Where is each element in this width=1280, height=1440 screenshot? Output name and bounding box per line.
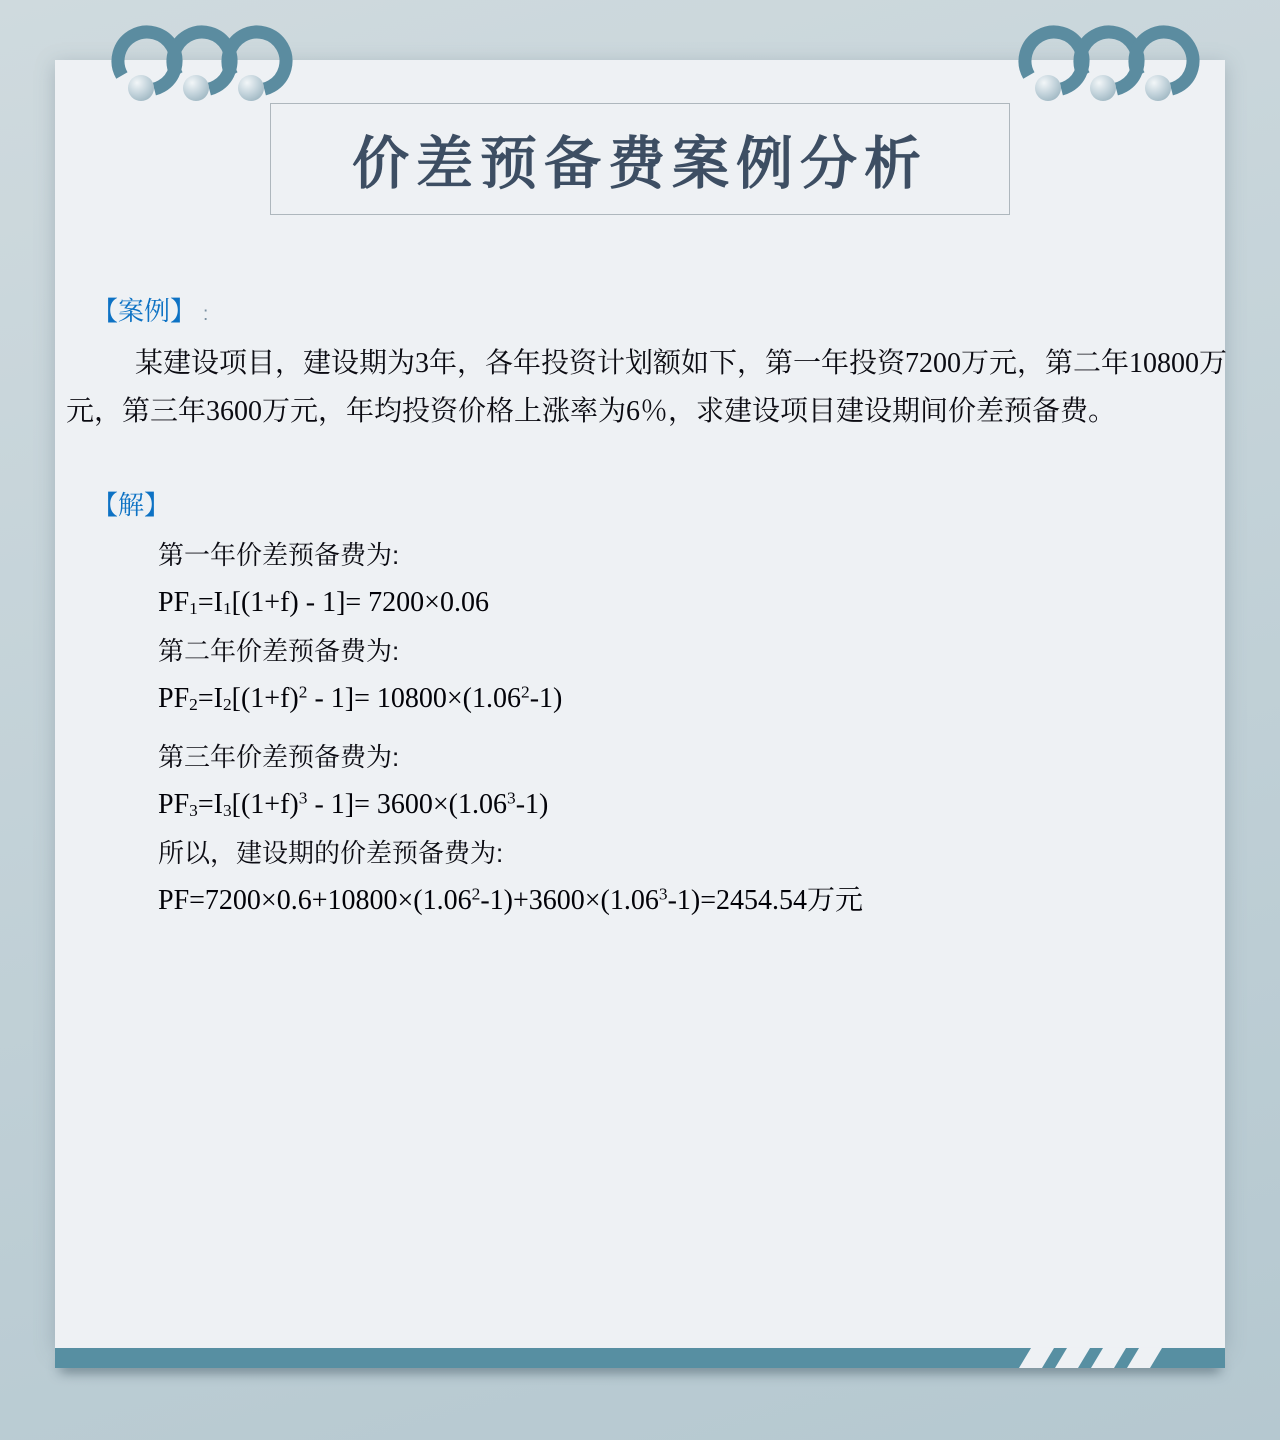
slash-decoration-icon	[1018, 1348, 1055, 1368]
slash-decoration-icon	[1090, 1348, 1127, 1368]
solution-formula-line: PF2=I2[(1+f)2 - 1]= 10800×(1.062-1)	[158, 675, 1168, 723]
bottom-accent-bar	[55, 1348, 1225, 1368]
case-label: 【案例】	[92, 296, 196, 326]
binder-rings-left-icon	[105, 20, 305, 108]
binder-rings-right-icon	[1012, 20, 1212, 108]
solution-formula-line: PF=7200×0.6+10800×(1.062-1)+3600×(1.063-…	[158, 877, 1168, 925]
solution-label: 【解】	[92, 485, 170, 522]
title-box: 价差预备费案例分析	[270, 103, 1010, 215]
page-background: 价差预备费案例分析 【案例】: 某建设项目，建设期为3年，各年投资计划额如下，第…	[0, 0, 1280, 1440]
solution-text-line: 第一年价差预备费为:	[158, 531, 1168, 579]
case-colon: :	[203, 304, 208, 325]
solution-lines: 第一年价差预备费为:PF1=I1[(1+f) - 1]= 7200×0.06第二…	[158, 531, 1168, 925]
slash-decoration-icon	[1126, 1348, 1163, 1368]
page-title: 价差预备费案例分析	[352, 118, 928, 200]
solution-formula-line: PF1=I1[(1+f) - 1]= 7200×0.06	[158, 579, 1168, 627]
solution-text-line: 第二年价差预备费为:	[158, 627, 1168, 675]
solution-formula-line: PF3=I3[(1+f)3 - 1]= 3600×(1.063-1)	[158, 781, 1168, 829]
case-label-row: 【案例】:	[92, 291, 208, 328]
slash-decoration-icon	[1054, 1348, 1091, 1368]
case-paragraph-line-2: 元，第三年3600万元，年均投资价格上涨率为6％，求建设项目建设期间价差预备费。	[66, 389, 1116, 429]
case-paragraph-line-1: 某建设项目，建设期为3年，各年投资计划额如下，第一年投资7200万元，第二年10…	[135, 341, 1227, 381]
solution-text-line: 第三年价差预备费为:	[158, 733, 1168, 781]
solution-text-line: 所以，建设期的价差预备费为:	[158, 829, 1168, 877]
